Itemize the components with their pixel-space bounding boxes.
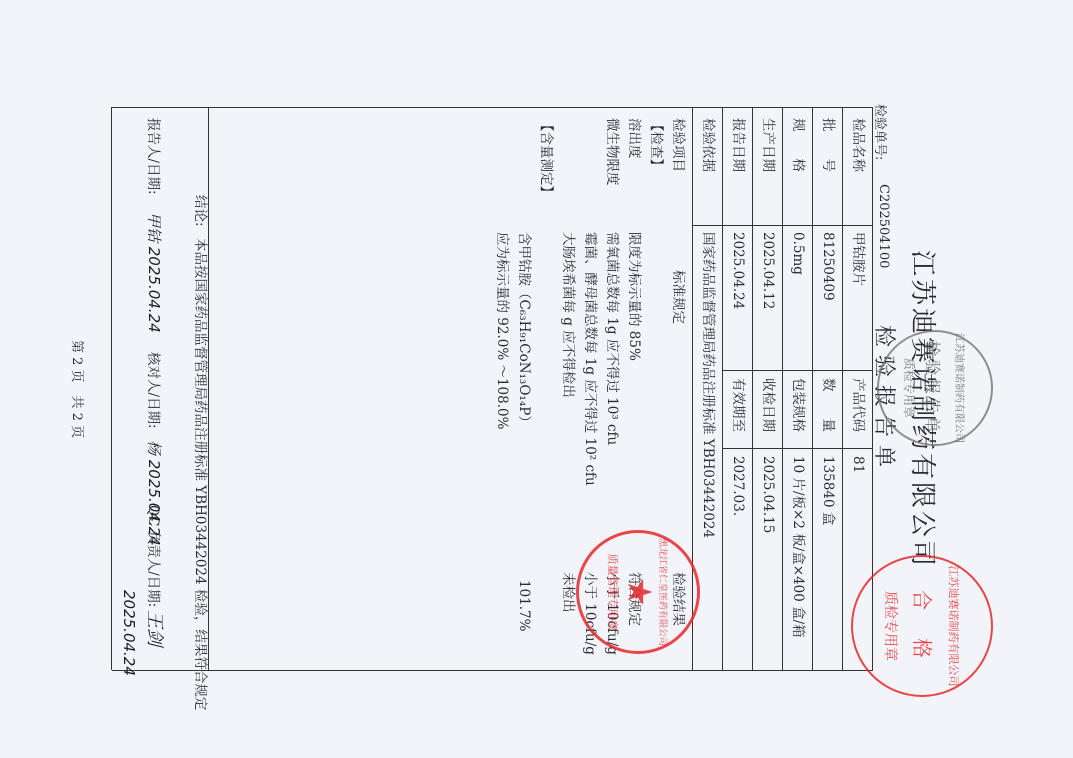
col-line [723, 448, 873, 449]
frame-bottom [111, 107, 112, 670]
value-spec: 0.5mg [783, 232, 813, 275]
qc-date: 2025.04.24 [120, 590, 138, 676]
value-basis: 国家药品监督管理局药品注册标准 YBH03442024 [693, 232, 723, 538]
reporter-signature: 甲钴 2025.04.24 [144, 212, 165, 333]
page-info: 第 2 页 共 2 页 [69, 340, 88, 438]
label-basis: 检验依据 [693, 118, 723, 172]
inspection-report-stamp: 江苏迪赛诺制药有限公司 检验报告单 质检专用章 [877, 330, 993, 446]
report-page: 江苏迪赛诺制药有限公司 检验报告单 检验单号: C202504100 江苏迪赛诺… [0, 0, 1073, 758]
standard-ecoli: 大肠埃希菌每 g 应不得检出 [553, 232, 583, 398]
label-batch: 批 号 [813, 118, 843, 172]
stamp-ring-text: 黑龙江省仁皇医药有限公司 [658, 538, 671, 646]
label-report-date: 报告日期 [723, 118, 753, 172]
report-number-label: 检验单号: [872, 104, 891, 160]
label-packaging: 包装规格 [783, 378, 813, 432]
conclusion-text: 本品按国家药品监督管理局药品注册标准 YBH03442024 检验，结果符合规定 [189, 238, 211, 710]
label-product-name: 检品名称 [843, 118, 873, 172]
value-report-date: 2025.04.24 [723, 232, 753, 309]
col-line [723, 370, 873, 371]
frame-right [112, 670, 873, 671]
label-product-code: 产品代码 [843, 378, 873, 432]
value-receive-date: 2025.04.15 [753, 456, 783, 533]
value-quantity: 135840 盒 [813, 456, 843, 525]
star-icon: ★ [622, 577, 658, 607]
stamp-bottom-text: 质检专用章 [902, 358, 919, 418]
conclusion-label: 结论: [189, 195, 211, 227]
label-receive-date: 收检日期 [753, 378, 783, 432]
section-heading-assay: 【含量测定】 [531, 118, 561, 199]
value-packaging: 10 片/板×2 板/盒×400 盒/箱 [783, 456, 813, 638]
qualified-stamp: 江苏迪赛诺制药有限公司 合 格 质检专用章 [851, 555, 993, 697]
value-product-code: 81 [843, 456, 873, 473]
qc-signature: 王剑 [143, 610, 169, 646]
stamp-ring-text: 江苏迪赛诺制药有限公司 [954, 333, 969, 443]
reporter-label: 报告人/日期: [143, 118, 163, 195]
label-production-date: 生产日期 [753, 118, 783, 172]
frame-left [112, 107, 873, 108]
stamp-center-text: 合 格 [910, 590, 939, 662]
value-batch: 81250409 [813, 232, 843, 301]
qc-label: QC 负责人/日期: [143, 505, 163, 607]
stamp-ring-text: 江苏迪赛诺制药有限公司 [947, 566, 963, 687]
value-production-date: 2025.04.12 [753, 232, 783, 309]
label-quantity: 数 量 [813, 378, 843, 432]
result-assay: 101.7% [509, 580, 539, 631]
value-expiry: 2027.03. [723, 456, 753, 516]
stamp-bottom-text: 质检专用章 [882, 591, 902, 661]
col-line [693, 225, 873, 226]
quality-management-stamp: 黑龙江省仁皇医药有限公司 ★ 质量管理专用章 [576, 530, 700, 654]
label-spec: 规 格 [783, 118, 813, 172]
checker-label: 核对人/日期: [143, 352, 163, 429]
col-header-standard: 标准规定 [663, 270, 693, 324]
report-number: C202504100 [876, 184, 891, 268]
standard-assay-range: 应为标示量的 92.0% ～108.0% [487, 232, 517, 429]
item-microbial: 微生物限度 [597, 118, 627, 186]
label-expiry: 有效期至 [723, 378, 753, 432]
stamp-center-text: 检验报告单 [923, 340, 946, 435]
value-product-name: 甲钴胺片 [843, 232, 873, 286]
stamp-bottom-text: 质量管理专用章 [606, 554, 622, 631]
